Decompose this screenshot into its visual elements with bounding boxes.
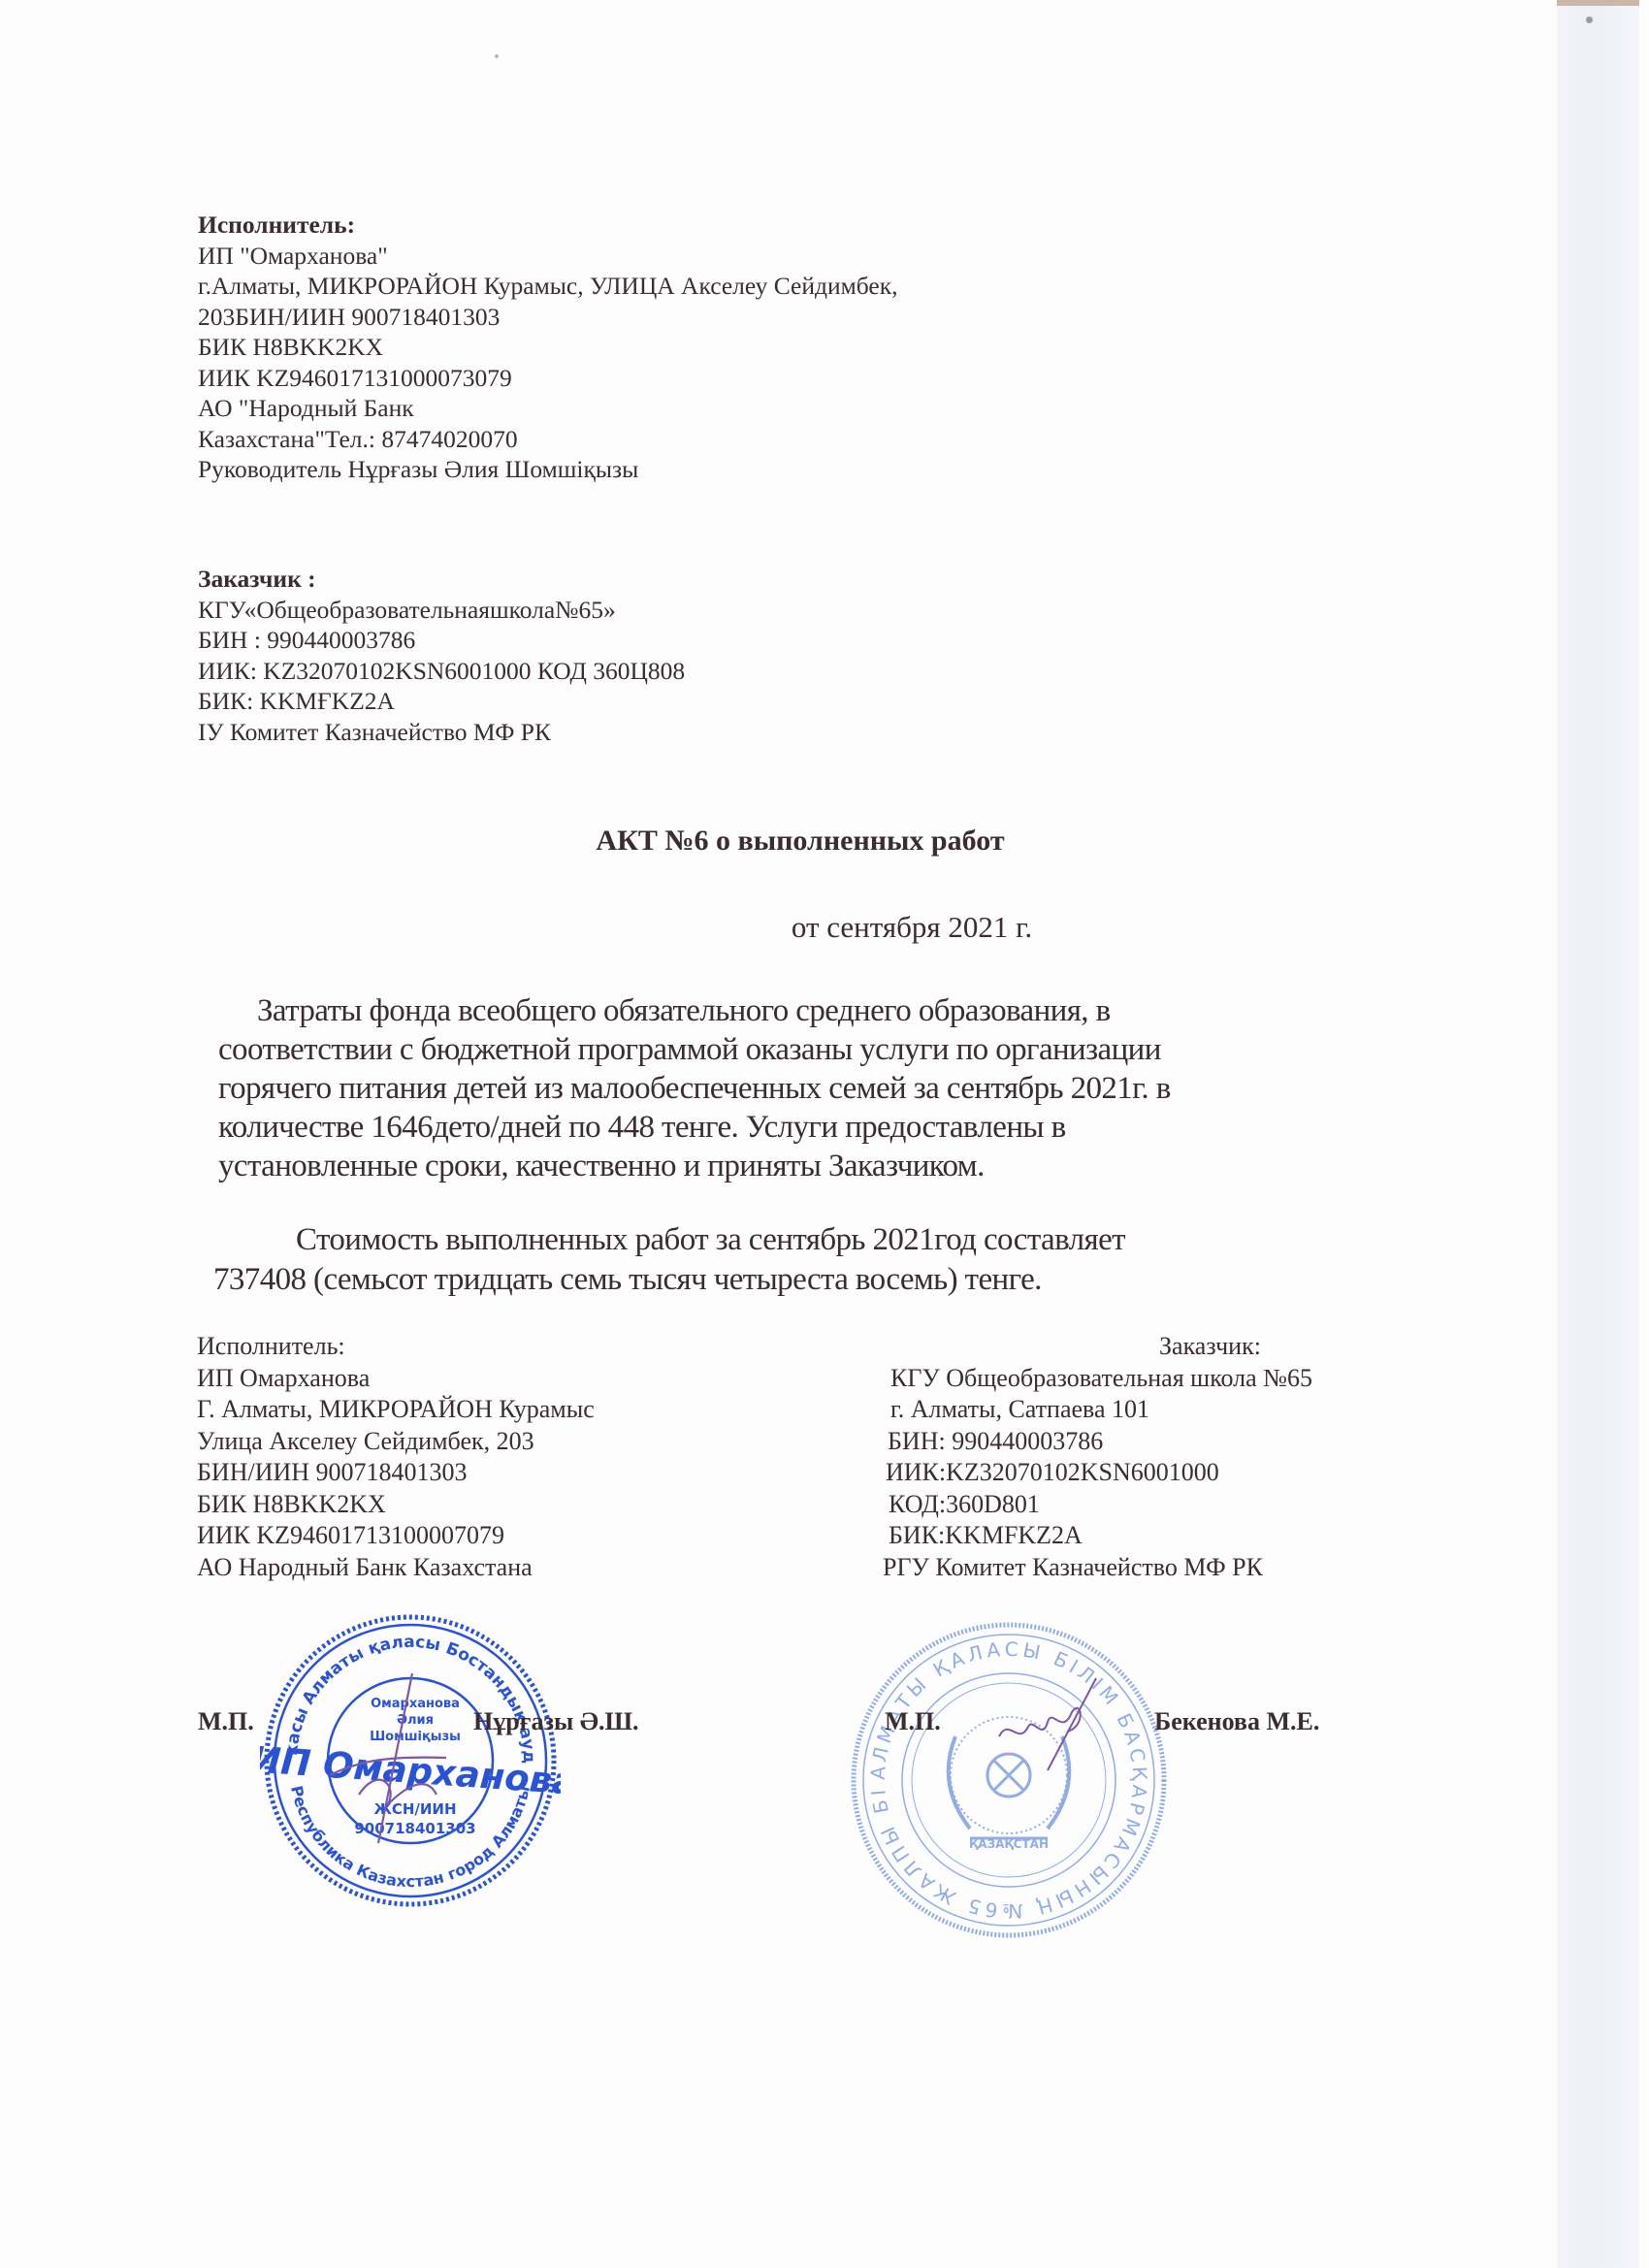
executor-sig-line: ИП Омарханова: [197, 1363, 595, 1395]
executor-sig-line: Г. Алматы, МИКРОРАЙОН Курамыс: [197, 1394, 595, 1426]
customer-sig-line: КОД:360D801: [883, 1489, 1312, 1521]
customer-line: БИК: KKMҒKZ2A: [198, 686, 685, 717]
executor-line: ИП "Омарханова": [198, 241, 897, 272]
executor-line: БИК H8BKK2KX: [198, 332, 897, 363]
executor-sig-line: Улица Акселеу Сейдимбек, 203: [197, 1426, 595, 1458]
customer-line: ІУ Комитет Казначейство МФ РК: [198, 717, 685, 748]
executor-sig-line: ИИК KZ94601713100007079: [197, 1520, 595, 1552]
customer-mp-label: М.П.: [885, 1707, 941, 1736]
executor-sig-label: Исполнитель:: [197, 1331, 595, 1363]
body-line: соответствии с бюджетной программой оказ…: [218, 1030, 1171, 1069]
customer-sig-line: БИН: 990440003786: [883, 1426, 1312, 1458]
customer-sig-line: г. Алматы, Сатпаева 101: [883, 1394, 1312, 1426]
scan-artifact-dot: [1586, 16, 1593, 23]
customer-details: Заказчик : КГУ«Общеобразовательнаяшкола№…: [198, 564, 685, 747]
executor-sig-line: БИК H8BKK2KX: [197, 1489, 595, 1521]
executor-sig-line: АО Народный Банк Казахстана: [197, 1552, 595, 1584]
customer-sig-line: КГУ Общеобразовательная школа №65: [883, 1363, 1312, 1395]
cost-line: 737408 (семьсот тридцать семь тысяч четы…: [213, 1260, 1125, 1300]
customer-line: ИИК: KZ32070102KSN6001000 КОД 360Ц808: [198, 656, 685, 687]
executor-mp-label: М.П.: [198, 1707, 254, 1736]
executor-signatory-name: Нұрғазы Ә.Ш.: [473, 1707, 639, 1736]
executor-line: Руководитель Нұрғазы Әлия Шомшіқызы: [198, 454, 897, 485]
customer-sig-label: Заказчик:: [883, 1331, 1312, 1363]
body-line: установленные сроки, качественно и приня…: [218, 1147, 1171, 1185]
executor-line: АО "Народный Банк: [198, 393, 897, 424]
cost-line: Стоимость выполненных работ за сентябрь …: [213, 1220, 1125, 1260]
body-line: горячего питания детей из малообеспеченн…: [218, 1069, 1171, 1108]
body-paragraph: Затраты фонда всеобщего обязательного ср…: [218, 991, 1171, 1185]
customer-line: БИН : 990440003786: [198, 625, 685, 656]
act-date-text: от сентября 2021 г.: [792, 910, 1032, 944]
customer-sig-line: БИК:KKMFKZ2A: [883, 1520, 1312, 1552]
scan-edge-top: [1557, 0, 1639, 6]
executor-line: 203БИН/ИИН 900718401303: [198, 302, 897, 333]
customer-sig-line: ИИК:KZ32070102KSN6001000: [883, 1457, 1312, 1489]
executor-details: Исполнитель: ИП "Омарханова" г.Алматы, М…: [198, 210, 897, 485]
executor-line: Казахстана"Тел.: 87474020070: [198, 424, 897, 455]
executor-sig-line: БИН/ИИН 900718401303: [197, 1457, 595, 1489]
executor-line: ИИК KZ946017131000073079: [198, 363, 897, 394]
customer-line: КГУ«Общеобразовательнаяшкола№65»: [198, 595, 685, 626]
executor-signature-block: Исполнитель: ИП Омарханова Г. Алматы, МИ…: [197, 1331, 595, 1583]
cost-paragraph: Стоимость выполненных работ за сентябрь …: [213, 1220, 1125, 1300]
stamp-center-text: ҚАЗАҚСТАН: [969, 1837, 1049, 1851]
scan-artifact-dot: [495, 54, 499, 58]
customer-signatory-name: Бекенова М.Е.: [1154, 1707, 1319, 1736]
scan-edge-strip: [1557, 0, 1639, 2268]
body-line: количестве 1646дето/дней по 448 тенге. У…: [218, 1108, 1171, 1147]
executor-label: Исполнитель:: [198, 210, 897, 241]
body-line: Затраты фонда всеобщего обязательного ср…: [218, 991, 1171, 1030]
document-title: АКТ №6 о выполненных работ: [0, 825, 1649, 858]
customer-signature-mark-icon: [989, 1669, 1106, 1775]
executor-line: г.Алматы, МИКРОРАЙОН Курамыс, УЛИЦА Аксе…: [198, 271, 897, 302]
document-date: от сентября 2021 г.: [0, 910, 1649, 945]
executor-signature-mark-icon: [320, 1669, 475, 1853]
customer-signature-block: Заказчик: КГУ Общеобразовательная школа …: [883, 1331, 1312, 1583]
customer-label: Заказчик :: [198, 564, 685, 595]
customer-sig-line: РГУ Комитет Казначейство МФ РК: [883, 1552, 1312, 1584]
act-title-text: АКТ №6 о выполненных работ: [596, 825, 1004, 857]
